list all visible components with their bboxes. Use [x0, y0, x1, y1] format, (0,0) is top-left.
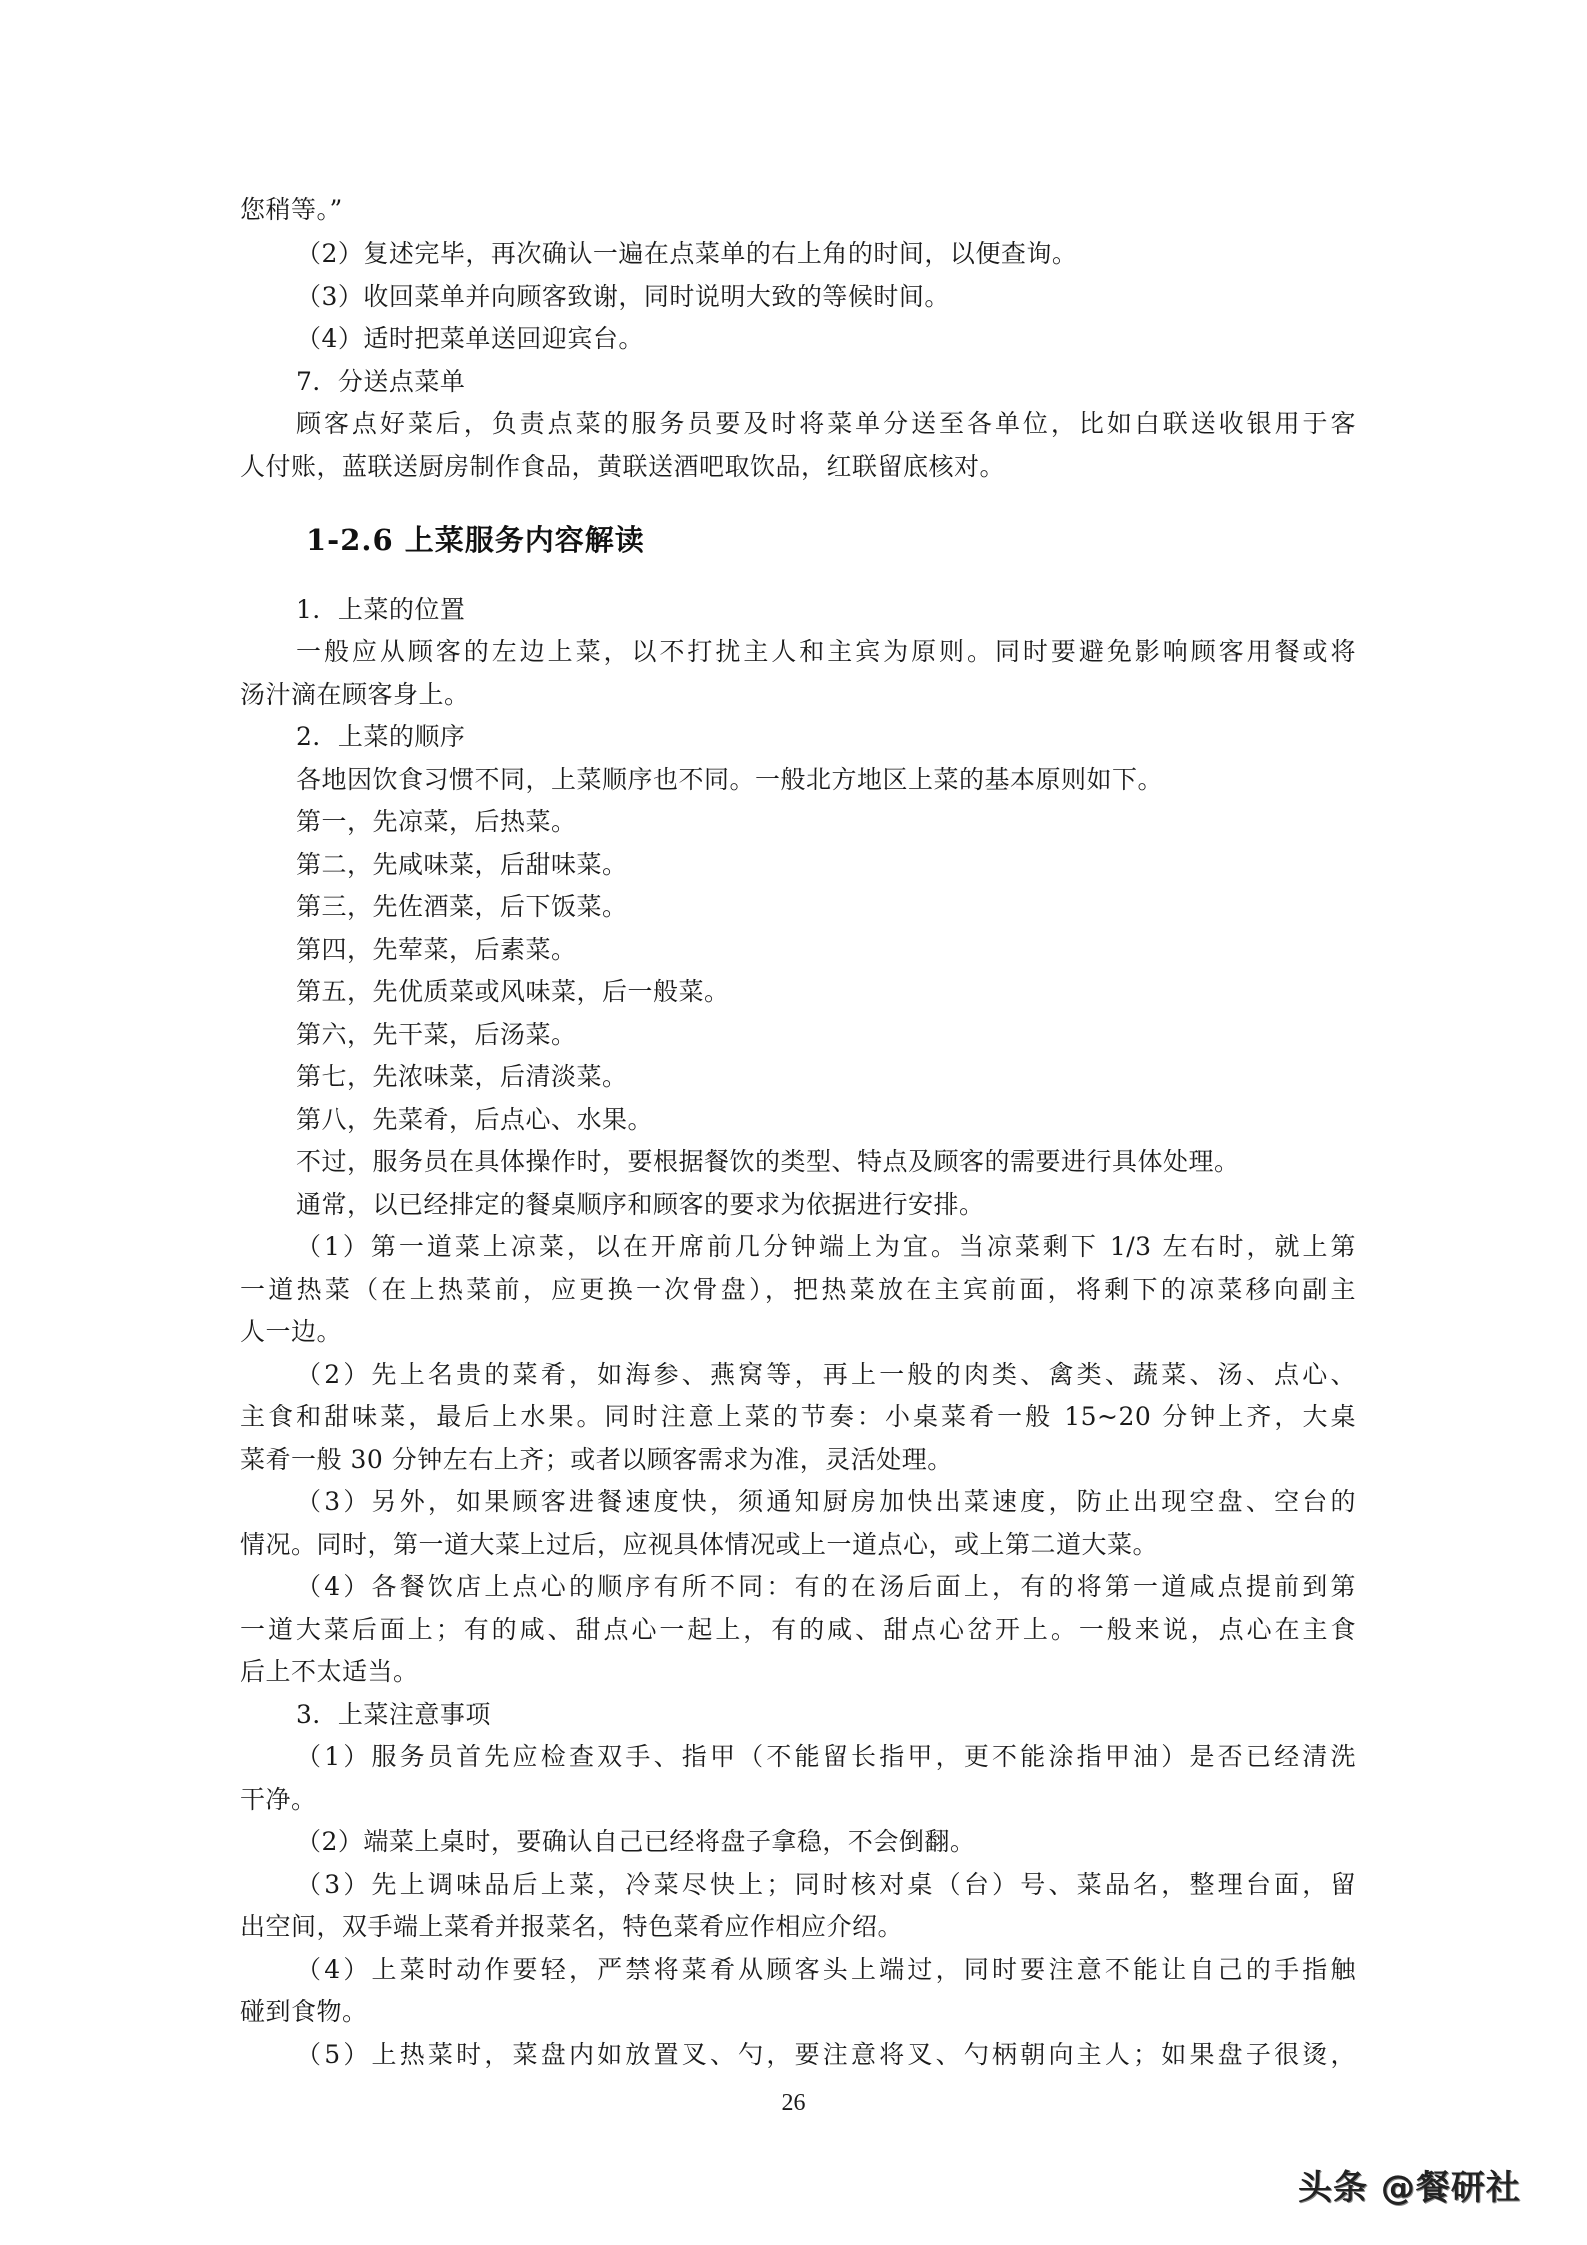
text-line: 第一，先凉菜，后热菜。 [296, 806, 1356, 838]
text-line: （4）适时把菜单送回迎宾台。 [296, 323, 1356, 355]
text-line: 您稍等。” [240, 194, 1356, 226]
text-line: （3）先上调味品后上菜，冷菜尽快上；同时核对桌（台）号、菜品名，整理台面，留 [296, 1869, 1356, 1901]
text-line: 第二，先咸味菜，后甜味菜。 [296, 849, 1356, 881]
watermark: 头条 @餐研社 [1298, 2168, 1521, 2208]
text-line: （2）复述完毕，再次确认一遍在点菜单的右上角的时间，以便查询。 [296, 238, 1356, 270]
text-line: （3）另外，如果顾客进餐速度快，须通知厨房加快出菜速度，防止出现空盘、空台的 [296, 1486, 1356, 1518]
text-line: 汤汁滴在顾客身上。 [240, 679, 1356, 711]
text-line: 人一边。 [240, 1316, 1356, 1348]
text-line: 顾客点好菜后，负责点菜的服务员要及时将菜单分送至各单位，比如白联送收银用于客 [296, 408, 1356, 440]
text-line: 出空间，双手端上菜肴并报菜名，特色菜肴应作相应介绍。 [240, 1911, 1356, 1943]
text-line: 人付账，蓝联送厨房制作食品，黄联送酒吧取饮品，红联留底核对。 [240, 451, 1356, 483]
text-line: 菜肴一般 30 分钟左右上齐；或者以顾客需求为准，灵活处理。 [240, 1444, 1356, 1476]
text-line: 后上不太适当。 [240, 1656, 1356, 1688]
text-line: 一般应从顾客的左边上菜，以不打扰主人和主宾为原则。同时要避免影响顾客用餐或将 [296, 636, 1356, 668]
section-heading: 1-2.6 上菜服务内容解读 [306, 522, 645, 558]
text-line: 第七，先浓味菜，后清淡菜。 [296, 1061, 1356, 1093]
text-line: （3）收回菜单并向顾客致谢，同时说明大致的等候时间。 [296, 281, 1356, 313]
text-line: （4）上菜时动作要轻，严禁将菜肴从顾客头上端过，同时要注意不能让自己的手指触 [296, 1954, 1356, 1986]
text-line: （1）服务员首先应检查双手、指甲（不能留长指甲，更不能涂指甲油）是否已经清洗 [296, 1741, 1356, 1773]
text-line: 一道热菜（在上热菜前，应更换一次骨盘），把热菜放在主宾前面，将剩下的凉菜移向副主 [240, 1274, 1356, 1306]
text-line: 1．上菜的位置 [296, 594, 1356, 626]
text-line: 7．分送点菜单 [296, 366, 1356, 398]
text-line: 第三，先佐酒菜，后下饭菜。 [296, 891, 1356, 923]
text-line: （2）端菜上桌时，要确认自己已经将盘子拿稳，不会倒翻。 [296, 1826, 1356, 1858]
text-line: （2）先上名贵的菜肴，如海参、燕窝等，再上一般的肉类、禽类、蔬菜、汤、点心、 [296, 1359, 1356, 1391]
text-line: 第八，先菜肴，后点心、水果。 [296, 1104, 1356, 1136]
text-line: 各地因饮食习惯不同，上菜顺序也不同。一般北方地区上菜的基本原则如下。 [296, 764, 1356, 796]
text-line: 通常，以已经排定的餐桌顺序和顾客的要求为依据进行安排。 [296, 1189, 1356, 1221]
document-page: 您稍等。”（2）复述完毕，再次确认一遍在点菜单的右上角的时间，以便查询。（3）收… [0, 0, 1587, 2245]
text-line: （5）上热菜时，菜盘内如放置叉、勺，要注意将叉、勺柄朝向主人；如果盘子很烫， [296, 2039, 1356, 2071]
text-line: 第六，先干菜，后汤菜。 [296, 1019, 1356, 1051]
text-line: 碰到食物。 [240, 1996, 1356, 2028]
text-line: 不过，服务员在具体操作时，要根据餐饮的类型、特点及顾客的需要进行具体处理。 [296, 1146, 1356, 1178]
page-number: 26 [0, 2088, 1587, 2118]
text-line: 情况。同时，第一道大菜上过后，应视具体情况或上一道点心，或上第二道大菜。 [240, 1529, 1356, 1561]
text-line: 干净。 [240, 1784, 1356, 1816]
text-line: （4）各餐饮店上点心的顺序有所不同：有的在汤后面上，有的将第一道咸点提前到第 [296, 1571, 1356, 1603]
text-line: 一道大菜后面上；有的咸、甜点心一起上，有的咸、甜点心岔开上。一般来说，点心在主食 [240, 1614, 1356, 1646]
text-line: 第四，先荤菜，后素菜。 [296, 934, 1356, 966]
text-line: （1）第一道菜上凉菜，以在开席前几分钟端上为宜。当凉菜剩下 1/3 左右时，就上… [296, 1231, 1356, 1263]
text-line: 第五，先优质菜或风味菜，后一般菜。 [296, 976, 1356, 1008]
text-line: 主食和甜味菜，最后上水果。同时注意上菜的节奏：小桌菜肴一般 15~20 分钟上齐… [240, 1401, 1356, 1433]
text-line: 2．上菜的顺序 [296, 721, 1356, 753]
text-line: 3．上菜注意事项 [296, 1699, 1356, 1731]
